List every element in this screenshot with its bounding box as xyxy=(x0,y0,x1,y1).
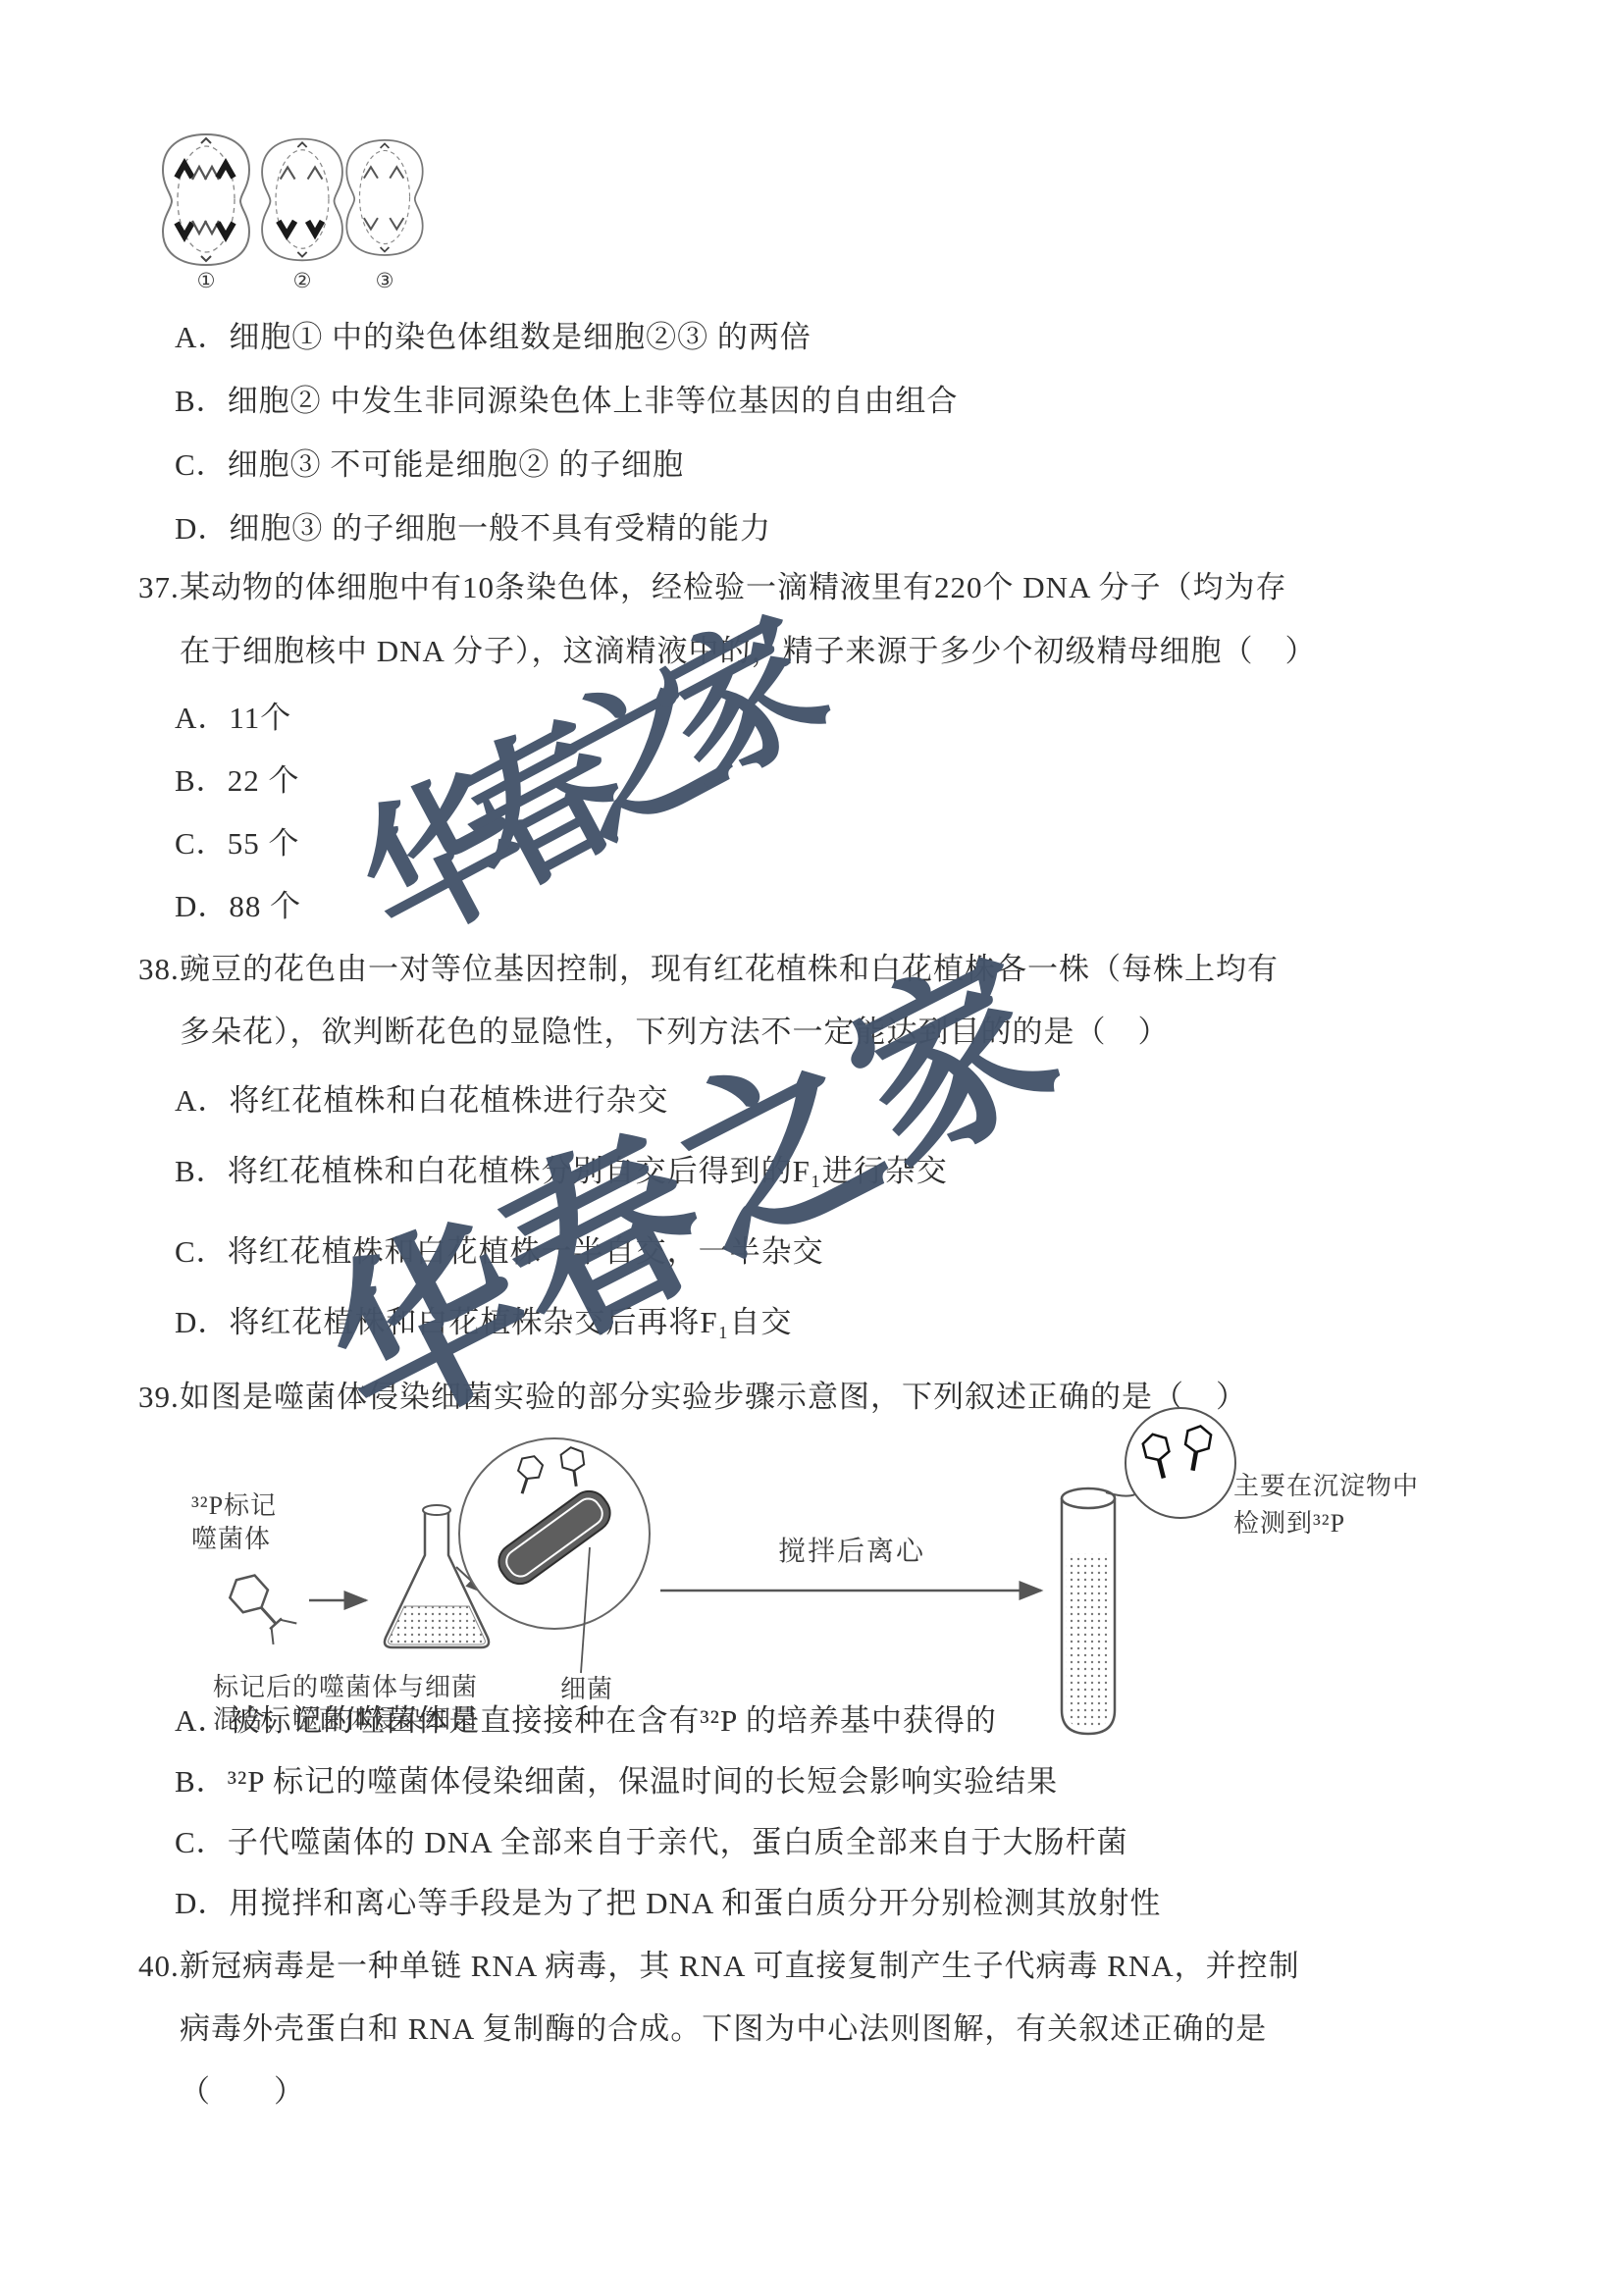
option-letter: D． xyxy=(175,503,229,548)
option-letter: A． xyxy=(175,693,229,737)
option-text: ³²P 标记的噬菌体侵染细菌，保温时间的长短会影响实验结果 xyxy=(228,1764,1058,1799)
result-circle xyxy=(1126,1408,1235,1518)
cell-3-label: ③ xyxy=(376,269,394,292)
option-text: 细胞③ 的子细胞一般不具有受精的能力 xyxy=(229,511,771,546)
option-text: 11个 xyxy=(229,701,291,735)
option-letter: A． xyxy=(175,1075,229,1120)
centrifuge-arrow-label: 搅拌后离心 xyxy=(778,1536,925,1567)
question-text: 新冠病毒是一种单链 RNA 病毒，其 RNA 可直接复制产生子代病毒 RNA，并… xyxy=(180,1949,1300,1983)
q37-option-a: A．11个 xyxy=(175,693,291,737)
option-text: 细胞① 中的染色体组数是细胞②③ 的两倍 xyxy=(229,320,811,354)
q38-option-a: A．将红花植株和白花植株进行杂交 xyxy=(175,1075,668,1120)
q38-line-2: 多朵花），欲判断花色的显隐性，下列方法不一定能达到目的的是（ ） xyxy=(180,1007,1170,1051)
option-letter: C． xyxy=(175,440,228,484)
option-text: 细胞② 中发生非同源染色体上非等位基因的自由组合 xyxy=(228,384,959,418)
option-text: 22 个 xyxy=(228,763,300,798)
result-label-line2: 检测到³²P xyxy=(1233,1509,1345,1538)
option-text: 被标记的噬菌体是直接接种在含有³²P 的培养基中获得的 xyxy=(229,1703,996,1738)
phage-label-line2: 噬菌体 xyxy=(191,1525,271,1553)
option-letter: C． xyxy=(175,818,228,862)
option-text: 88 个 xyxy=(229,889,301,923)
option-letter: B． xyxy=(175,1146,228,1190)
phage-icon xyxy=(224,1569,297,1645)
option-letter: A． xyxy=(175,312,229,356)
q39-option-d: D．用搅拌和离心等手段是为了把 DNA 和蛋白质分开分别检测其放射性 xyxy=(175,1878,1161,1922)
q36-option-c: C．细胞③ 不可能是细胞② 的子细胞 xyxy=(175,440,684,484)
q38-option-b: B．将红花植株和白花植株分别自交后得到的F₁进行杂交 xyxy=(175,1146,948,1190)
option-text: 将红花植株和白花植株杂交后再将F₁自交 xyxy=(229,1305,792,1339)
q38-option-d: D．将红花植株和白花植株杂交后再将F₁自交 xyxy=(175,1297,792,1341)
question-text: 某动物的体细胞中有10条染色体，经检验一滴精液里有220个 DNA 分子（均为存 xyxy=(180,570,1286,604)
option-text: 55 个 xyxy=(228,826,300,861)
q39-option-c: C．子代噬菌体的 DNA 全部来自于亲代，蛋白质全部来自于大肠杆菌 xyxy=(175,1817,1128,1861)
option-letter: C． xyxy=(175,1817,228,1861)
cell-1-label: ① xyxy=(197,269,216,292)
q36-option-a: A．细胞① 中的染色体组数是细胞②③ 的两倍 xyxy=(175,312,811,356)
question-number: 40. xyxy=(138,1949,180,1984)
q38-option-c: C．将红花植株和白花植株一半自交，一半杂交 xyxy=(175,1226,824,1271)
option-letter: B． xyxy=(175,756,228,800)
option-letter: A． xyxy=(175,1696,229,1740)
option-letter: B． xyxy=(175,1756,228,1800)
option-text: 将红花植株和白花植株进行杂交 xyxy=(229,1083,668,1118)
option-letter: D． xyxy=(175,881,229,925)
option-letter: B． xyxy=(175,376,228,420)
q39-option-a: A．被标记的噬菌体是直接接种在含有³²P 的培养基中获得的 xyxy=(175,1696,997,1740)
question-number: 38. xyxy=(138,952,180,987)
q36-option-b: B．细胞② 中发生非同源染色体上非等位基因的自由组合 xyxy=(175,376,958,420)
option-letter: D． xyxy=(175,1878,229,1922)
q37-line-1: 37.某动物的体细胞中有10条染色体，经检验一滴精液里有220个 DNA 分子（… xyxy=(138,562,1286,606)
cell-division-diagram: ① ② ③ xyxy=(157,123,451,294)
option-letter: D． xyxy=(175,1297,229,1341)
option-text: 子代噬菌体的 DNA 全部来自于亲代，蛋白质全部来自于大肠杆菌 xyxy=(228,1825,1128,1859)
q37-option-c: C．55 个 xyxy=(175,818,299,862)
q40-line-2: 病毒外壳蛋白和 RNA 复制酶的合成。下图为中心法则图解，有关叙述正确的是 xyxy=(180,2004,1267,2048)
q40-line-1: 40.新冠病毒是一种单链 RNA 病毒，其 RNA 可直接复制产生子代病毒 RN… xyxy=(138,1941,1300,1985)
cell-2 xyxy=(262,139,342,261)
option-letter: C． xyxy=(175,1226,228,1271)
q38-line-1: 38.豌豆的花色由一对等位基因控制，现有红花植株和白花植株各一株（每株上均有 xyxy=(138,944,1279,988)
cell-2-label: ② xyxy=(293,269,312,292)
option-text: 用搅拌和离心等手段是为了把 DNA 和蛋白质分开分别检测其放射性 xyxy=(229,1886,1161,1920)
test-tube-icon xyxy=(1062,1488,1115,1734)
q37-option-b: B．22 个 xyxy=(175,756,299,800)
q37-option-d: D．88 个 xyxy=(175,881,301,925)
phage-label-line1: ³²P标记 xyxy=(191,1491,277,1520)
cell-1 xyxy=(163,134,249,265)
question-number: 37. xyxy=(138,570,180,605)
question-text: 豌豆的花色由一对等位基因控制，现有红花植株和白花植株各一株（每株上均有 xyxy=(180,952,1279,986)
option-text: 将红花植株和白花植株一半自交，一半杂交 xyxy=(228,1234,824,1269)
option-text: 细胞③ 不可能是细胞② 的子细胞 xyxy=(228,447,685,482)
exam-page: ① ② ③ A．细胞① 中的染色体组数是细胞②③ 的两倍 B．细胞② 中发生非同… xyxy=(0,0,1623,2296)
q36-option-d: D．细胞③ 的子细胞一般不具有受精的能力 xyxy=(175,503,771,548)
q40-line-3: （ ） xyxy=(180,2066,305,2111)
result-label-line1: 主要在沉淀物中 xyxy=(1233,1472,1419,1500)
q39-option-b: B．³²P 标记的噬菌体侵染细菌，保温时间的长短会影响实验结果 xyxy=(175,1756,1058,1800)
cell-3 xyxy=(346,140,422,255)
option-text: 将红花植株和白花植株分别自交后得到的F₁进行杂交 xyxy=(228,1154,948,1188)
q37-line-2: 在于细胞核中 DNA 分子），这滴精液中的，精子来源于多少个初级精母细胞（ ） xyxy=(180,626,1316,670)
